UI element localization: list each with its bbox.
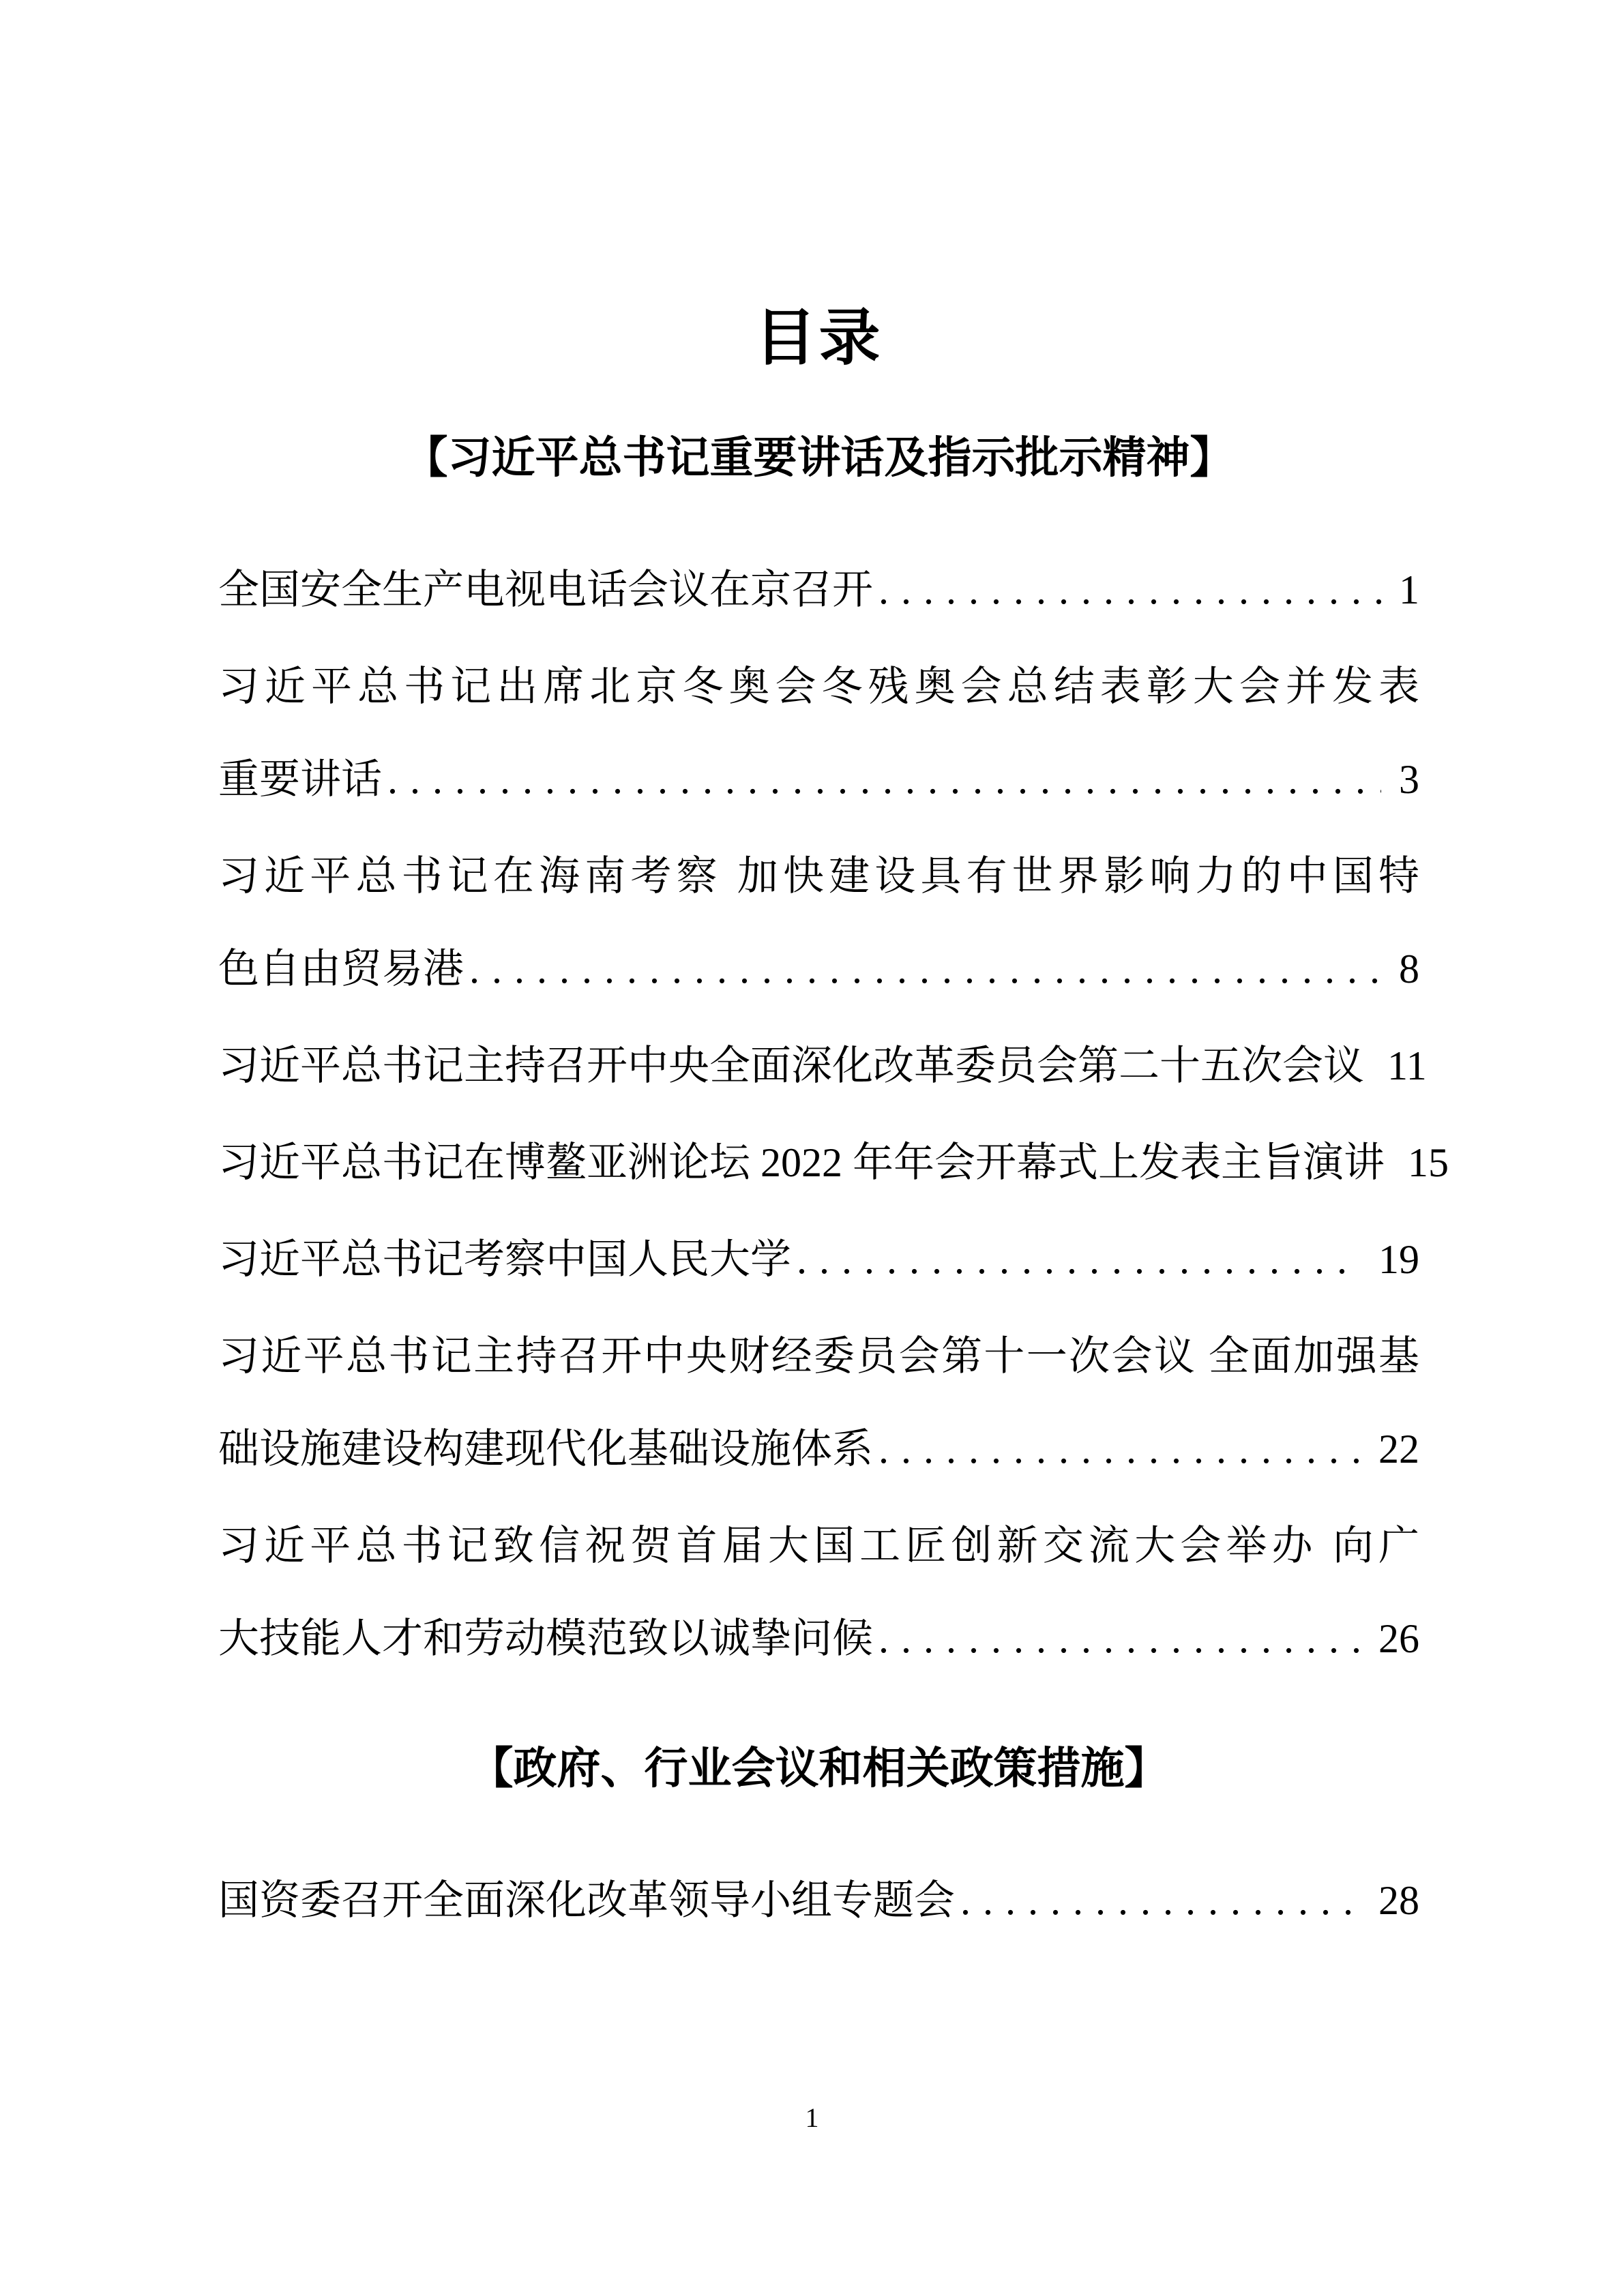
toc-line: 大技能人才和劳动模范致以诚挚问候........................… bbox=[218, 1592, 1419, 1685]
toc-content: 目录 【习近平总书记重要讲话及指示批示精神】全国安全生产电视电话会议在京召开..… bbox=[218, 303, 1419, 1951]
toc-entry-text: 重要讲话 bbox=[218, 733, 382, 826]
toc-entry-text: 习近平总书记考察中国人民大学 bbox=[218, 1213, 791, 1306]
toc-line: 国资委召开全面深化改革领导小组专题会......................… bbox=[218, 1854, 1419, 1947]
toc-line: 重要讲话....................................… bbox=[218, 733, 1419, 826]
toc-line: 习近平总书记主持召开中央全面深化改革委员会第二十五次会议............… bbox=[218, 1019, 1419, 1112]
toc-entry-text: 色自由贸易港 bbox=[218, 923, 464, 1015]
page-number: 8 bbox=[1399, 923, 1419, 1015]
footer-page-number: 1 bbox=[0, 2102, 1624, 2134]
toc-entry[interactable]: 习近平总书记考察中国人民大学..........................… bbox=[218, 1213, 1419, 1306]
document-title: 目录 bbox=[218, 303, 1419, 374]
page-number: 3 bbox=[1399, 733, 1419, 826]
page-number: 1 bbox=[1399, 543, 1419, 636]
toc-line: 色自由贸易港..................................… bbox=[218, 923, 1419, 1015]
toc-line: 习近平总书记在海南考察 加快建设具有世界影响力的中国特 bbox=[218, 830, 1419, 923]
toc-entry[interactable]: 国资委召开全面深化改革领导小组专题会......................… bbox=[218, 1854, 1419, 1947]
document-page: 目录 【习近平总书记重要讲话及指示批示精神】全国安全生产电视电话会议在京召开..… bbox=[0, 0, 1624, 2296]
toc-line: 习近平总书记在博鳌亚洲论坛 2022 年年会开幕式上发表主旨演讲........… bbox=[218, 1116, 1419, 1209]
dot-leader: ........................................… bbox=[879, 1403, 1361, 1495]
page-number: 15 bbox=[1408, 1116, 1449, 1209]
toc-line: 础设施建设构建现代化基础设施体系........................… bbox=[218, 1403, 1419, 1495]
toc-entry[interactable]: 习近平总书记出席北京冬奥会冬残奥会总结表彰大会并发表重要讲话..........… bbox=[218, 640, 1419, 826]
dot-leader: ........................................… bbox=[469, 923, 1381, 1015]
dot-leader: ........................................… bbox=[960, 1854, 1361, 1947]
toc-entry-text: 大技能人才和劳动模范致以诚挚问候 bbox=[218, 1592, 873, 1685]
toc-line: 习近平总书记考察中国人民大学..........................… bbox=[218, 1213, 1419, 1306]
section-heading: 【习近平总书记重要讲话及指示批示精神】 bbox=[218, 429, 1419, 488]
toc-entry-list: 全国安全生产电视电话会议在京召开........................… bbox=[218, 543, 1419, 1685]
page-number: 19 bbox=[1378, 1213, 1419, 1306]
page-number: 26 bbox=[1378, 1592, 1419, 1685]
toc-line: 习近平总书记主持召开中央财经委员会第十一次会议 全面加强基 bbox=[218, 1310, 1419, 1403]
toc-entry[interactable]: 习近平总书记在博鳌亚洲论坛 2022 年年会开幕式上发表主旨演讲........… bbox=[218, 1116, 1419, 1209]
section-heading: 【政府、行业会议和相关政策措施】 bbox=[218, 1740, 1419, 1798]
toc-entry[interactable]: 习近平总书记在海南考察 加快建设具有世界影响力的中国特色自由贸易港.......… bbox=[218, 830, 1419, 1015]
dot-leader: ........................................… bbox=[879, 543, 1381, 636]
page-number: 22 bbox=[1378, 1403, 1419, 1495]
toc-entry-list: 国资委召开全面深化改革领导小组专题会......................… bbox=[218, 1854, 1419, 1947]
toc-entry-text: 习近平总书记在博鳌亚洲论坛 2022 年年会开幕式上发表主旨演讲 bbox=[218, 1116, 1385, 1209]
toc-entry-text: 国资委召开全面深化改革领导小组专题会 bbox=[218, 1854, 955, 1947]
toc-entry[interactable]: 全国安全生产电视电话会议在京召开........................… bbox=[218, 543, 1419, 636]
toc-entry[interactable]: 习近平总书记主持召开中央全面深化改革委员会第二十五次会议............… bbox=[218, 1019, 1419, 1112]
toc-entry-text: 础设施建设构建现代化基础设施体系 bbox=[218, 1403, 873, 1495]
dot-leader: ........................................… bbox=[797, 1213, 1361, 1306]
toc-entry-text: 全国安全生产电视电话会议在京召开 bbox=[218, 543, 873, 636]
toc-sections: 【习近平总书记重要讲话及指示批示精神】全国安全生产电视电话会议在京召开.....… bbox=[218, 429, 1419, 1947]
toc-entry-text: 习近平总书记主持召开中央全面深化改革委员会第二十五次会议 bbox=[218, 1019, 1364, 1112]
dot-leader: ........................................… bbox=[387, 733, 1381, 826]
toc-line: 全国安全生产电视电话会议在京召开........................… bbox=[218, 543, 1419, 636]
toc-line: 习近平总书记致信祝贺首届大国工匠创新交流大会举办 向广 bbox=[218, 1500, 1419, 1592]
page-number: 11 bbox=[1387, 1019, 1427, 1112]
toc-entry[interactable]: 习近平总书记致信祝贺首届大国工匠创新交流大会举办 向广大技能人才和劳动模范致以诚… bbox=[218, 1500, 1419, 1685]
toc-entry[interactable]: 习近平总书记主持召开中央财经委员会第十一次会议 全面加强基础设施建设构建现代化基… bbox=[218, 1310, 1419, 1495]
dot-leader: ........................................… bbox=[879, 1592, 1361, 1685]
toc-line: 习近平总书记出席北京冬奥会冬残奥会总结表彰大会并发表 bbox=[218, 640, 1419, 733]
page-number: 28 bbox=[1378, 1854, 1419, 1947]
